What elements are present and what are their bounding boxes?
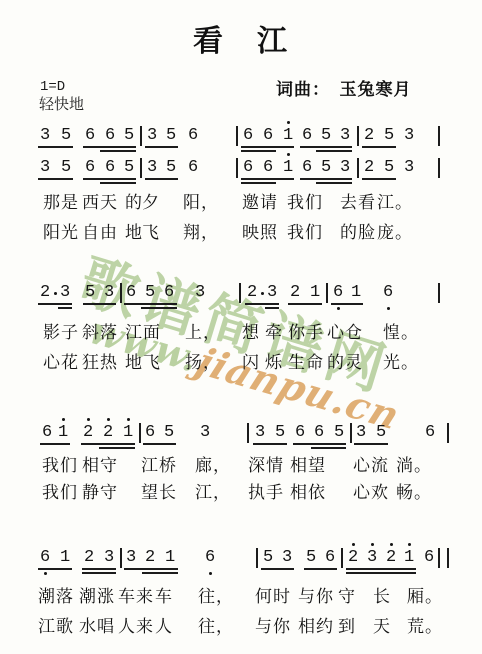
- octave-dot-low: [44, 572, 47, 575]
- note: 5: [61, 159, 71, 176]
- lyric-word: 我: [287, 188, 305, 213]
- music-line: 35665356661653253: [0, 159, 482, 189]
- lyric-word: 心流: [353, 451, 389, 476]
- note: 6: [188, 127, 198, 144]
- note: 3: [126, 549, 136, 566]
- beam-line: [346, 568, 416, 570]
- note: 1: [283, 127, 293, 144]
- barline: [438, 126, 440, 146]
- lyric-word: 相依: [290, 478, 326, 503]
- barline: [247, 423, 249, 443]
- beam-line: [81, 443, 135, 445]
- note: 6: [263, 159, 273, 176]
- note: 6: [205, 549, 215, 566]
- note: 5: [124, 127, 134, 144]
- octave-dot-high: [408, 543, 411, 546]
- note: 3: [267, 284, 277, 301]
- note: 6: [243, 159, 253, 176]
- lyric-word: 长: [373, 582, 391, 607]
- note: 3: [195, 284, 205, 301]
- lyric-word: 潮落: [38, 582, 74, 607]
- composer-credit: 词曲： 玉兔寒月: [276, 75, 412, 100]
- lyric-line: 阳光自由地飞翔，映照我们的脸庞。: [0, 218, 482, 242]
- lyric-word: 影子: [43, 318, 79, 343]
- lyric-word: 扬，: [185, 348, 221, 373]
- music-line: 35665356661653253: [0, 127, 482, 157]
- beam-line: [241, 146, 294, 148]
- note: 6: [295, 424, 305, 441]
- note: 6: [126, 284, 136, 301]
- lyric-word: 地飞: [125, 348, 161, 373]
- lyric-word: 闪: [242, 348, 260, 373]
- note: 5: [61, 127, 71, 144]
- barline: [120, 283, 122, 303]
- note: 2: [145, 549, 155, 566]
- lyric-word: 牵: [265, 318, 283, 343]
- octave-dot-high: [390, 543, 393, 546]
- beam-line: [141, 307, 177, 309]
- beam-line: [100, 150, 136, 152]
- lyric-word: 执手: [248, 478, 284, 503]
- lyric-word: 相望: [290, 451, 326, 476]
- lyric-word: 狂热: [82, 348, 118, 373]
- lyric-word: 心欢: [353, 478, 389, 503]
- lyric-word: 荒。: [407, 612, 443, 637]
- lyric-word: 飞: [142, 218, 160, 243]
- beam-line: [346, 572, 416, 574]
- beam-line: [245, 303, 279, 305]
- note: 3: [404, 159, 414, 176]
- note: 6: [263, 127, 273, 144]
- barline: [120, 548, 122, 568]
- note: 6: [424, 549, 434, 566]
- lyric-word: 人来: [118, 612, 154, 637]
- barline: [447, 423, 449, 443]
- beam-line: [40, 443, 70, 445]
- beam-line: [316, 182, 352, 184]
- lyric-word: 的灵: [327, 348, 363, 373]
- beam-line: [83, 178, 136, 180]
- barline: [341, 548, 343, 568]
- octave-dot-high: [62, 418, 65, 421]
- octave-dot-low: [387, 307, 390, 310]
- sheet-music-page: 歌谱简谱网 www.jianpu.cn 看 江 1=D 轻快地 词曲： 玉兔寒月…: [0, 0, 482, 654]
- beam-line: [288, 303, 322, 305]
- lyric-line: 我们相守江桥廊，深情相望心流淌。: [0, 451, 482, 475]
- note: 5: [166, 127, 176, 144]
- beam-line: [300, 146, 352, 148]
- lyric-word: 阳光: [43, 218, 79, 243]
- lyric-word: 江面: [125, 318, 161, 343]
- lyric-word: 们: [305, 218, 323, 243]
- note: 5: [275, 424, 285, 441]
- beam-line: [83, 146, 136, 148]
- beam-line: [311, 447, 346, 449]
- beam-line: [241, 178, 294, 180]
- lyric-word: 西天: [82, 188, 118, 213]
- lyric-word: 往，: [198, 582, 234, 607]
- note: 1: [60, 549, 70, 566]
- note: 2: [364, 127, 374, 144]
- note: 1: [58, 424, 68, 441]
- note: 3: [255, 424, 265, 441]
- note: 3: [340, 127, 350, 144]
- note: 5: [124, 159, 134, 176]
- lyric-word: 我们: [42, 451, 78, 476]
- lyric-word: 想: [242, 318, 260, 343]
- octave-dot-high: [107, 418, 110, 421]
- barline: [357, 158, 359, 178]
- note: 5: [263, 549, 273, 566]
- lyric-word: 们: [305, 188, 323, 213]
- tempo-marking: 轻快地: [39, 93, 84, 114]
- lyric-word: 静守: [82, 478, 118, 503]
- note: 3: [340, 159, 350, 176]
- lyric-word: 阳，: [183, 188, 219, 213]
- beam-line: [143, 443, 176, 445]
- beam-line: [331, 303, 363, 305]
- note: 2: [103, 424, 113, 441]
- lyric-word: 那是: [43, 188, 79, 213]
- beam-line: [38, 303, 72, 305]
- lyric-word: 的脸: [340, 218, 376, 243]
- beam-line: [38, 146, 73, 148]
- lyric-word: 映照: [242, 218, 278, 243]
- lyric-word: 烁: [265, 348, 283, 373]
- note: 2: [348, 549, 358, 566]
- note: 3: [147, 127, 157, 144]
- note: 2: [83, 424, 93, 441]
- octave-dot-high: [87, 418, 90, 421]
- note: 3: [282, 549, 292, 566]
- lyric-word: 我们: [42, 478, 78, 503]
- note: 6: [333, 284, 343, 301]
- note: 6: [145, 424, 155, 441]
- lyric-line: 心花狂热地飞扬，闪烁生命的灵光。: [0, 348, 482, 372]
- lyric-word: 你手: [288, 318, 324, 343]
- octave-dot-low: [337, 307, 340, 310]
- note: 5: [334, 424, 344, 441]
- lyric-word: 心仓: [327, 318, 363, 343]
- note: 5: [321, 127, 331, 144]
- lyric-line: 潮落潮涨车来车往，何时与你守长厢。: [0, 582, 482, 606]
- note: 3: [200, 424, 210, 441]
- lyric-word: 廊，: [195, 451, 231, 476]
- beam-line: [38, 178, 73, 180]
- beam-line: [124, 303, 177, 305]
- beam-line: [241, 182, 276, 184]
- note: 3: [147, 159, 157, 176]
- note: 2: [84, 549, 94, 566]
- beam-line: [99, 447, 135, 449]
- lyric-word: 车: [155, 582, 173, 607]
- note: 6: [105, 159, 115, 176]
- note: 6: [42, 424, 52, 441]
- beam-line: [145, 178, 178, 180]
- lyric-word: 夕: [142, 188, 160, 213]
- note: 6: [105, 127, 115, 144]
- music-line: 61233216535623216: [0, 549, 482, 579]
- lyric-word: 厢。: [407, 582, 443, 607]
- note: 6: [85, 159, 95, 176]
- barline: [239, 283, 241, 303]
- note: 1: [283, 159, 293, 176]
- lyric-word: 水唱: [79, 612, 115, 637]
- note: 1: [123, 424, 133, 441]
- octave-dot-high: [352, 543, 355, 546]
- note: 5: [85, 284, 95, 301]
- barline: [438, 283, 440, 303]
- lyric-word: 深情: [248, 451, 284, 476]
- beam-line: [58, 307, 72, 309]
- beam-line: [261, 568, 294, 570]
- note: 2: [386, 549, 396, 566]
- note: 2: [364, 159, 374, 176]
- beam-line: [241, 150, 276, 152]
- lyric-word: 斜落: [82, 318, 118, 343]
- note: 6: [188, 159, 198, 176]
- beam-line: [38, 568, 72, 570]
- lyric-word: 翔，: [183, 218, 219, 243]
- note: 5: [321, 159, 331, 176]
- note: 1: [404, 549, 414, 566]
- note: 3: [367, 549, 377, 566]
- note: 3: [40, 159, 50, 176]
- beam-line: [362, 146, 396, 148]
- octave-dot-high: [371, 543, 374, 546]
- note: 2: [290, 284, 300, 301]
- lyric-word: 地: [125, 218, 143, 243]
- note: 5: [164, 424, 174, 441]
- note: 3: [104, 549, 114, 566]
- note: 6: [302, 159, 312, 176]
- note: 3: [40, 127, 50, 144]
- lyric-word: 邀请: [242, 188, 278, 213]
- beam-line: [142, 572, 178, 574]
- barline: [350, 423, 352, 443]
- barline: [139, 423, 141, 443]
- barline: [256, 548, 258, 568]
- note: 6: [40, 549, 50, 566]
- lyric-word: 庞。: [377, 218, 413, 243]
- lyric-word: 畅。: [396, 478, 432, 503]
- lyric-word: 江。: [377, 188, 413, 213]
- lyric-word: 江，: [195, 478, 231, 503]
- beam-line: [300, 178, 352, 180]
- beam-line: [82, 568, 116, 570]
- barline: [357, 126, 359, 146]
- note: 5: [306, 549, 316, 566]
- barline: [140, 126, 142, 146]
- note: 6: [325, 549, 335, 566]
- beam-line: [362, 178, 396, 180]
- lyric-word: 潮涨: [79, 582, 115, 607]
- score-content: 看 江 1=D 轻快地 词曲： 玉兔寒月 3566535666165325335…: [0, 0, 482, 654]
- lyric-word: 人: [155, 612, 173, 637]
- note: 2: [40, 284, 50, 301]
- note: 6: [383, 284, 393, 301]
- note: 1: [165, 549, 175, 566]
- note: 3: [60, 284, 70, 301]
- music-line: 235365632321616: [0, 284, 482, 314]
- note: 1: [310, 284, 320, 301]
- lyric-word: 的: [125, 188, 143, 213]
- beam-line: [293, 443, 346, 445]
- dotted-note-dot: [54, 292, 57, 295]
- lyric-line: 影子斜落江面上，想牵你手心仓惶。: [0, 318, 482, 342]
- note: 3: [104, 284, 114, 301]
- note: 5: [384, 127, 394, 144]
- lyric-word: 何时: [255, 582, 291, 607]
- note: 6: [85, 127, 95, 144]
- lyric-word: 江桥: [141, 451, 177, 476]
- note: 6: [425, 424, 435, 441]
- note: 2: [247, 284, 257, 301]
- beam-line: [145, 146, 178, 148]
- music-line: 6122165335665356: [0, 424, 482, 454]
- note: 6: [164, 284, 174, 301]
- beam-line: [316, 150, 352, 152]
- note: 5: [384, 159, 394, 176]
- beam-line: [304, 568, 337, 570]
- beam-line: [83, 303, 116, 305]
- lyric-line: 那是西天的夕阳，邀请我们去看江。: [0, 188, 482, 212]
- note: 6: [243, 127, 253, 144]
- lyric-word: 望长: [141, 478, 177, 503]
- lyric-word: 生命: [288, 348, 324, 373]
- lyric-word: 自由: [82, 218, 118, 243]
- barline: [236, 158, 238, 178]
- lyric-word: 去看: [340, 188, 376, 213]
- lyric-word: 上，: [185, 318, 221, 343]
- lyric-word: 往，: [198, 612, 234, 637]
- beam-line: [265, 307, 279, 309]
- lyric-word: 光。: [383, 348, 419, 373]
- lyric-line: 江歌水唱人来人往，与你相约到天荒。: [0, 612, 482, 636]
- barline: [326, 283, 328, 303]
- lyric-word: 淌。: [396, 451, 432, 476]
- lyric-word: 车来: [118, 582, 154, 607]
- lyric-word: 天: [373, 612, 391, 637]
- lyric-word: 江歌: [38, 612, 74, 637]
- lyric-word: 相约: [298, 612, 334, 637]
- octave-dot-low: [209, 572, 212, 575]
- beam-line: [253, 443, 287, 445]
- lyric-word: 到: [338, 612, 356, 637]
- lyric-word: 我: [287, 218, 305, 243]
- octave-dot-high: [287, 153, 290, 156]
- barline: [140, 158, 142, 178]
- beam-line: [354, 443, 388, 445]
- beam-line: [100, 182, 136, 184]
- barline: [438, 158, 440, 178]
- lyric-word: 守: [338, 582, 356, 607]
- note: 5: [376, 424, 386, 441]
- lyric-word: 相守: [82, 451, 118, 476]
- beam-line: [124, 568, 178, 570]
- barline: [236, 126, 238, 146]
- lyric-word: 惶。: [383, 318, 419, 343]
- note: 3: [404, 127, 414, 144]
- beam-line: [82, 572, 116, 574]
- note: 5: [145, 284, 155, 301]
- song-title: 看 江: [0, 16, 482, 60]
- dotted-note-dot: [261, 292, 264, 295]
- note: 1: [351, 284, 361, 301]
- note: 5: [166, 159, 176, 176]
- lyric-line: 我们静守望长江，执手相依心欢畅。: [0, 478, 482, 502]
- lyric-word: 心花: [43, 348, 79, 373]
- final-double-barline: [438, 548, 449, 568]
- lyric-word: 与你: [255, 612, 291, 637]
- note: 6: [314, 424, 324, 441]
- note: 6: [302, 127, 312, 144]
- octave-dot-high: [127, 418, 130, 421]
- note: 3: [356, 424, 366, 441]
- lyric-word: 与你: [298, 582, 334, 607]
- octave-dot-high: [287, 121, 290, 124]
